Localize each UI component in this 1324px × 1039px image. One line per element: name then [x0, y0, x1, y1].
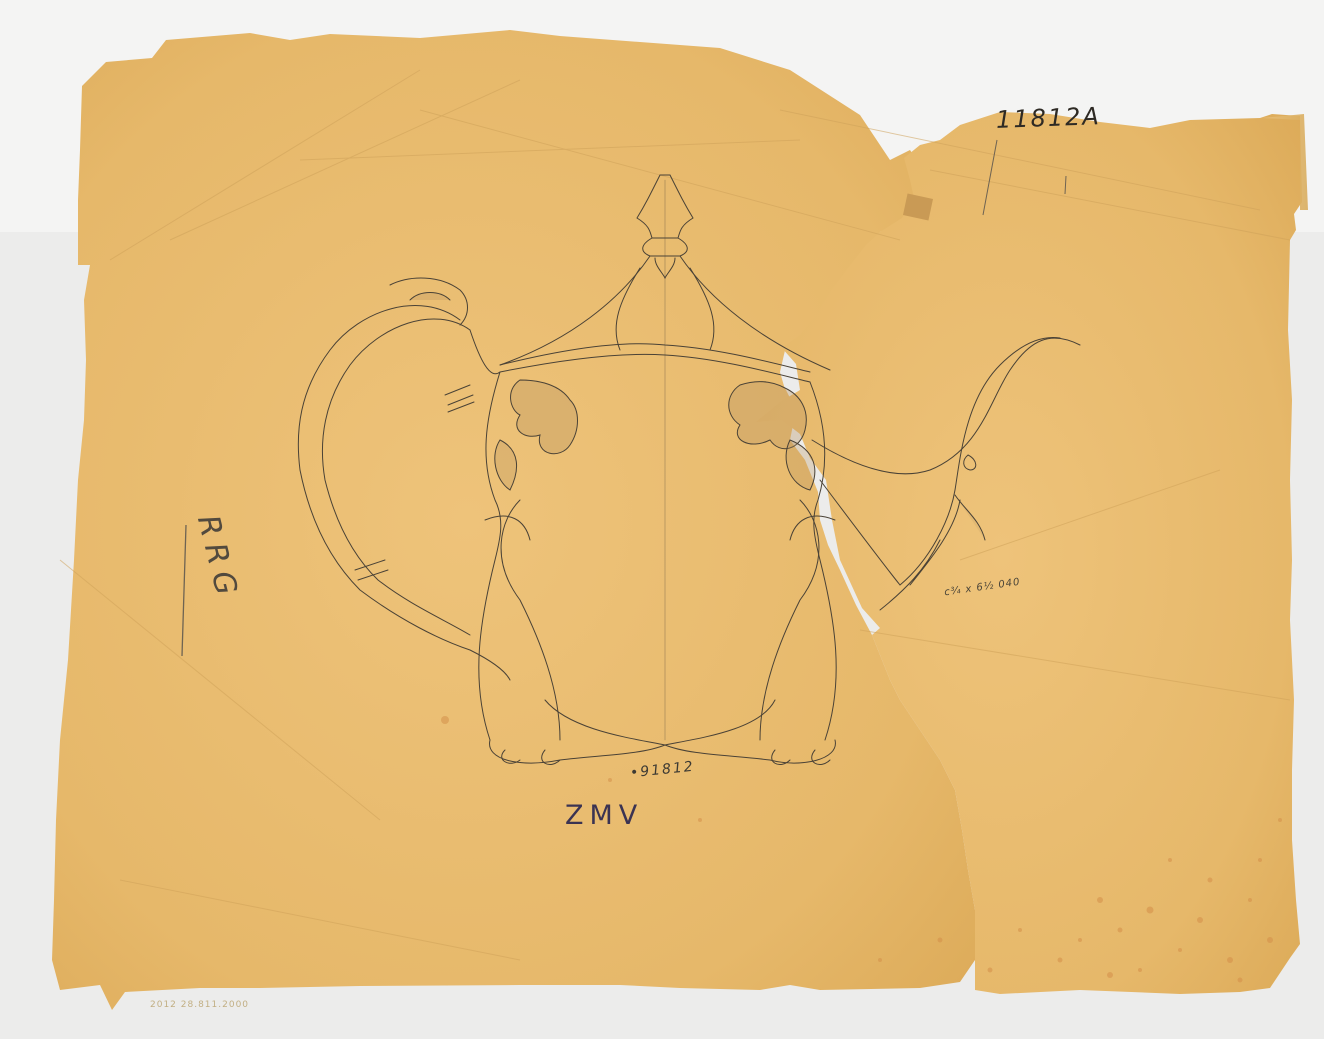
accession-stamp: 2012 28.811.2000: [150, 1000, 249, 1010]
reference-number-top: 11812A: [996, 102, 1102, 134]
initials-center: ZMV: [565, 800, 643, 831]
